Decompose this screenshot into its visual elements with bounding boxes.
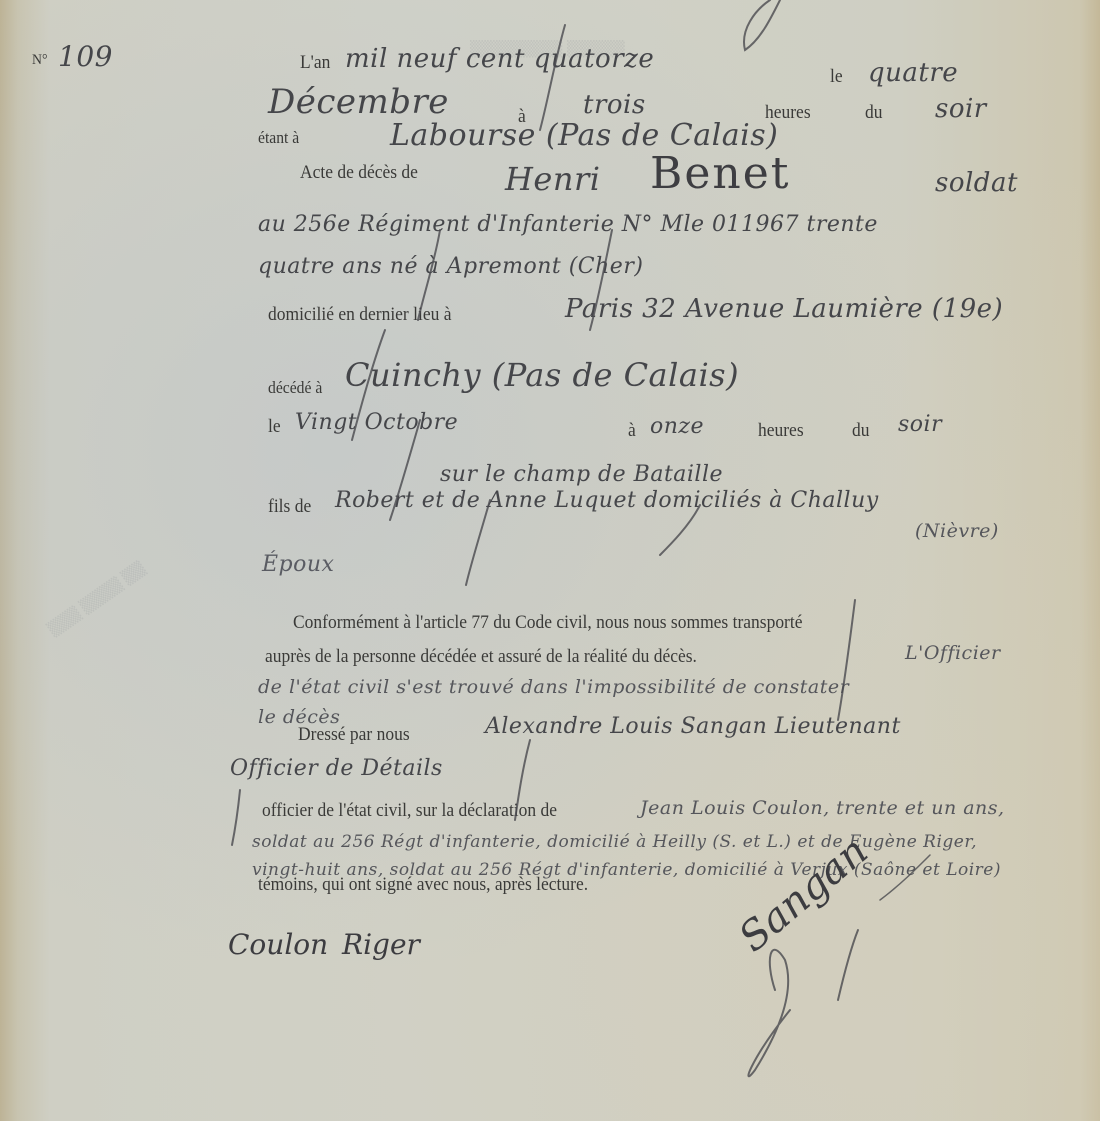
document-page: ▒▒▒▒▒▒▒▒ ▒▒▒▒▒ ▒▒▒ ▒▒▒▒ ▒▒ N° 109 L'an m… (0, 0, 1100, 1121)
pen-flourishes (0, 0, 1100, 1121)
